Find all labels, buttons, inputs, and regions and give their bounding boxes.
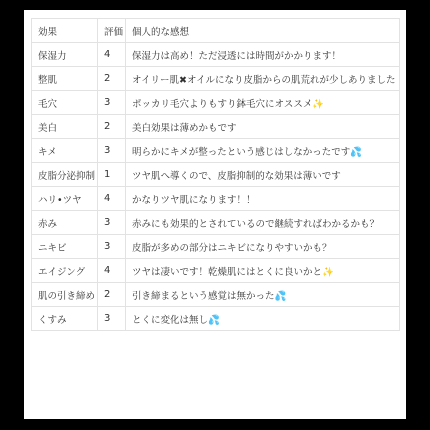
comment-cell: オイリー肌✖オイルになり皮脂からの肌荒れが少しありました — [126, 67, 400, 91]
rating-cell: 3 — [98, 91, 126, 115]
comment-cell: ポッカリ毛穴よりもすり鉢毛穴にオススメ✨ — [126, 91, 400, 115]
comment-cell: ツヤ肌へ導くので、皮脂抑制的な効果は薄いです — [126, 163, 400, 187]
header-comment: 個人的な感想 — [126, 19, 400, 43]
effect-cell: 赤み — [32, 211, 98, 235]
comment-cell: ツヤは凄いです！乾燥肌にはとくに良いかと✨ — [126, 259, 400, 283]
effect-cell: くすみ — [32, 307, 98, 331]
table-row: 毛穴 3 ポッカリ毛穴よりもすり鉢毛穴にオススメ✨ — [32, 91, 400, 115]
effect-cell: 皮脂分泌抑制 — [32, 163, 98, 187]
comment-cell: 赤みにも効果的とされているので継続すればわかるかも？ — [126, 211, 400, 235]
header-effect: 効果 — [32, 19, 98, 43]
table-row: 赤み 3 赤みにも効果的とされているので継続すればわかるかも？ — [32, 211, 400, 235]
rating-cell: 2 — [98, 115, 126, 139]
rating-cell: 3 — [98, 235, 126, 259]
rating-cell: 2 — [98, 67, 126, 91]
comment-cell: かなりツヤ肌になります！！ — [126, 187, 400, 211]
effect-cell: エイジング — [32, 259, 98, 283]
comment-cell: 明らかにキメが整ったという感じはしなかったです💦 — [126, 139, 400, 163]
table-row: 美白 2 美白効果は薄めかもです — [32, 115, 400, 139]
effect-cell: ハリ•ツヤ — [32, 187, 98, 211]
effect-cell: 肌の引き締め — [32, 283, 98, 307]
rating-cell: 3 — [98, 139, 126, 163]
rating-cell: 4 — [98, 43, 126, 67]
effect-cell: ニキビ — [32, 235, 98, 259]
rating-cell: 4 — [98, 187, 126, 211]
content-panel: 効果 評価 個人的な感想 保湿力 4 保湿力は高め！ただ浸透には時間がかかります… — [24, 10, 406, 419]
table-row: ハリ•ツヤ 4 かなりツヤ肌になります！！ — [32, 187, 400, 211]
comment-cell: 美白効果は薄めかもです — [126, 115, 400, 139]
comment-cell: とくに変化は無し💦 — [126, 307, 400, 331]
table-row: 皮脂分泌抑制 1 ツヤ肌へ導くので、皮脂抑制的な効果は薄いです — [32, 163, 400, 187]
rating-cell: 2 — [98, 283, 126, 307]
effect-cell: 整肌 — [32, 67, 98, 91]
rating-cell: 3 — [98, 211, 126, 235]
comment-cell: 保湿力は高め！ただ浸透には時間がかかります！ — [126, 43, 400, 67]
table-row: ニキビ 3 皮脂が多めの部分はニキビになりやすいかも？ — [32, 235, 400, 259]
table-row: キメ 3 明らかにキメが整ったという感じはしなかったです💦 — [32, 139, 400, 163]
rating-cell: 1 — [98, 163, 126, 187]
review-table: 効果 評価 個人的な感想 保湿力 4 保湿力は高め！ただ浸透には時間がかかります… — [31, 18, 400, 331]
table-row: エイジング 4 ツヤは凄いです！乾燥肌にはとくに良いかと✨ — [32, 259, 400, 283]
effect-cell: 毛穴 — [32, 91, 98, 115]
effect-cell: 保湿力 — [32, 43, 98, 67]
comment-cell: 引き締まるという感覚は無かった💦 — [126, 283, 400, 307]
table-header-row: 効果 評価 個人的な感想 — [32, 19, 400, 43]
table-row: くすみ 3 とくに変化は無し💦 — [32, 307, 400, 331]
header-rating: 評価 — [98, 19, 126, 43]
effect-cell: 美白 — [32, 115, 98, 139]
rating-cell: 4 — [98, 259, 126, 283]
comment-cell: 皮脂が多めの部分はニキビになりやすいかも？ — [126, 235, 400, 259]
effect-cell: キメ — [32, 139, 98, 163]
table-row: 保湿力 4 保湿力は高め！ただ浸透には時間がかかります！ — [32, 43, 400, 67]
table-row: 整肌 2 オイリー肌✖オイルになり皮脂からの肌荒れが少しありました — [32, 67, 400, 91]
table-row: 肌の引き締め 2 引き締まるという感覚は無かった💦 — [32, 283, 400, 307]
rating-cell: 3 — [98, 307, 126, 331]
